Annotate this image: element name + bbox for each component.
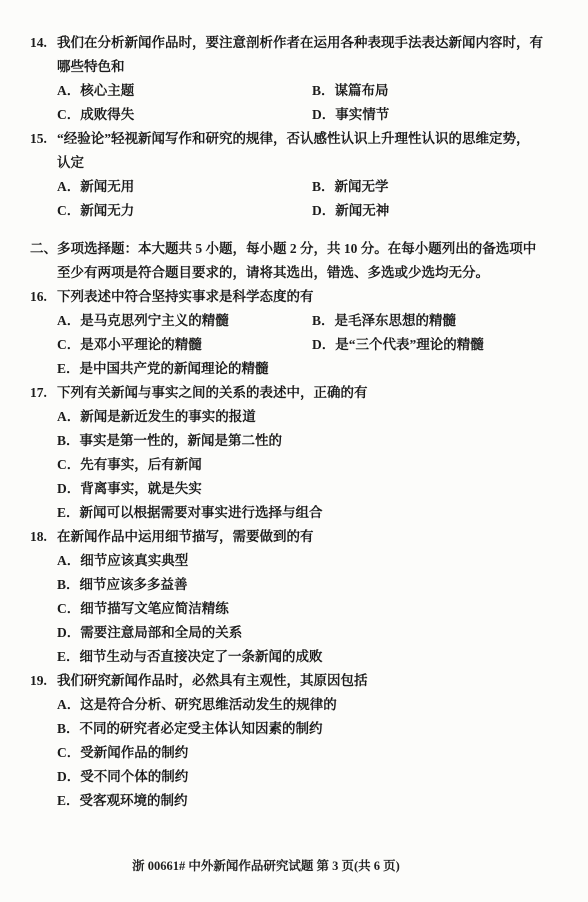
section-number: 二、	[30, 237, 57, 261]
option-indent	[30, 621, 57, 645]
question-stem-line: 16.下列表述中符合坚持实事求是科学态度的有	[30, 285, 562, 309]
option-indent	[30, 477, 57, 501]
question-number: 14.	[30, 31, 57, 55]
question-number	[30, 55, 57, 79]
option-indent	[30, 333, 57, 357]
option-indent	[30, 79, 57, 103]
option-B: B．不同的研究者必定受主体认知因素的制约	[57, 717, 323, 741]
section-heading-multiple-choice: 二、多项选择题：本大题共 5 小题，每小题 2 分，共 10 分。在每小题列出的…	[30, 237, 562, 285]
question-stem-text: 我们在分析新闻作品时，要注意剖析作者在运用各种表现手法表达新闻内容时，有	[57, 31, 543, 55]
option-B: B．是毛泽东思想的精髓	[312, 309, 456, 333]
option-indent	[30, 357, 57, 381]
option-D: D．事实情节	[312, 103, 389, 127]
question-stem-text: 在新闻作品中运用细节描写，需要做到的有	[57, 525, 314, 549]
option-indent	[30, 573, 57, 597]
question-number: 17.	[30, 381, 57, 405]
options-row: A．新闻是新近发生的事实的报道	[30, 405, 562, 429]
option-indent	[30, 429, 57, 453]
options-row: A．核心主题B．谋篇布局	[30, 79, 562, 103]
options-row: C．先有事实，后有新闻	[30, 453, 562, 477]
question-19: 19.我们研究新闻作品时，必然具有主观性，其原因包括A．这是符合分析、研究思维活…	[30, 669, 562, 813]
option-indent	[30, 597, 57, 621]
option-D: D．新闻无神	[312, 199, 389, 223]
option-A: A．新闻无用	[57, 175, 312, 199]
option-indent	[30, 405, 57, 429]
options-row: E．是中国共产党的新闻理论的精髓	[30, 357, 562, 381]
question-number: 15.	[30, 127, 57, 151]
option-A: A．核心主题	[57, 79, 312, 103]
option-E: E．是中国共产党的新闻理论的精髓	[57, 357, 269, 381]
question-15: 15.“经验论”轻视新闻写作和研究的规律，否认感性认识上升理性认识的思维定势，认…	[30, 127, 562, 223]
section-text: 至少有两项是符合题目要求的，请将其选出，错选、多选或少选均无分。	[57, 261, 489, 285]
question-18: 18.在新闻作品中运用细节描写，需要做到的有A．细节应该真实典型B．细节应该多多…	[30, 525, 562, 669]
option-indent	[30, 645, 57, 669]
options-row: A．是马克思列宁主义的精髓B．是毛泽东思想的精髓	[30, 309, 562, 333]
option-A: A．细节应该真实典型	[57, 549, 188, 573]
options-row: D．背离事实，就是失实	[30, 477, 562, 501]
questions-area: 14.我们在分析新闻作品时，要注意剖析作者在运用各种表现手法表达新闻内容时，有哪…	[30, 31, 562, 813]
question-stem-line: 17.下列有关新闻与事实之间的关系的表述中，正确的有	[30, 381, 562, 405]
question-number: 16.	[30, 285, 57, 309]
question-stem-line: 18.在新闻作品中运用细节描写，需要做到的有	[30, 525, 562, 549]
options-row: A．细节应该真实典型	[30, 549, 562, 573]
question-stem-text: 下列有关新闻与事实之间的关系的表述中，正确的有	[57, 381, 368, 405]
exam-paper-page: 14.我们在分析新闻作品时，要注意剖析作者在运用各种表现手法表达新闻内容时，有哪…	[0, 0, 588, 902]
options-row: B．细节应该多多益善	[30, 573, 562, 597]
option-indent	[30, 741, 57, 765]
options-row: C．受新闻作品的制约	[30, 741, 562, 765]
option-D: D．受不同个体的制约	[57, 765, 188, 789]
options-row: D．需要注意局部和全局的关系	[30, 621, 562, 645]
option-D: D．需要注意局部和全局的关系	[57, 621, 242, 645]
question-stem-line: 哪些特色和	[30, 55, 562, 79]
option-indent	[30, 309, 57, 333]
section-number	[30, 261, 57, 285]
option-C: C．先有事实，后有新闻	[57, 453, 202, 477]
question-stem-text: 哪些特色和	[57, 55, 125, 79]
option-indent	[30, 789, 57, 813]
option-D: D．是“三个代表”理论的精髓	[312, 333, 484, 357]
options-row: B．事实是第一性的，新闻是第二性的	[30, 429, 562, 453]
question-14: 14.我们在分析新闻作品时，要注意剖析作者在运用各种表现手法表达新闻内容时，有哪…	[30, 31, 562, 127]
option-E: E．新闻可以根据需要对事实进行选择与组合	[57, 501, 323, 525]
options-row: A．新闻无用B．新闻无学	[30, 175, 562, 199]
options-row: E．受客观环境的制约	[30, 789, 562, 813]
question-17: 17.下列有关新闻与事实之间的关系的表述中，正确的有A．新闻是新近发生的事实的报…	[30, 381, 562, 525]
option-C: C．新闻无力	[57, 199, 312, 223]
option-indent	[30, 199, 57, 223]
option-B: B．细节应该多多益善	[57, 573, 188, 597]
option-indent	[30, 175, 57, 199]
option-C: C．是邓小平理论的精髓	[57, 333, 312, 357]
question-number	[30, 151, 57, 175]
question-stem-text: “经验论”轻视新闻写作和研究的规律，否认感性认识上升理性认识的思维定势，	[57, 127, 530, 151]
section-line: 至少有两项是符合题目要求的，请将其选出，错选、多选或少选均无分。	[30, 261, 562, 285]
question-stem-text: 我们研究新闻作品时，必然具有主观性，其原因包括	[57, 669, 368, 693]
question-stem-text: 认定	[57, 151, 84, 175]
option-indent	[30, 549, 57, 573]
option-B: B．新闻无学	[312, 175, 389, 199]
question-stem-line: 15.“经验论”轻视新闻写作和研究的规律，否认感性认识上升理性认识的思维定势，	[30, 127, 562, 151]
question-stem-text: 下列表述中符合坚持实事求是科学态度的有	[57, 285, 314, 309]
question-stem-line: 19.我们研究新闻作品时，必然具有主观性，其原因包括	[30, 669, 562, 693]
option-C: C．受新闻作品的制约	[57, 741, 188, 765]
option-D: D．背离事实，就是失实	[57, 477, 202, 501]
options-row: C．是邓小平理论的精髓D．是“三个代表”理论的精髓	[30, 333, 562, 357]
options-row: E．细节生动与否直接决定了一条新闻的成败	[30, 645, 562, 669]
option-A: A．是马克思列宁主义的精髓	[57, 309, 312, 333]
page-footer: 浙 00661# 中外新闻作品研究试题 第 3 页(共 6 页)	[0, 854, 532, 878]
option-E: E．受客观环境的制约	[57, 789, 188, 813]
option-indent	[30, 765, 57, 789]
option-indent	[30, 693, 57, 717]
question-number: 19.	[30, 669, 57, 693]
options-row: C．成败得失D．事实情节	[30, 103, 562, 127]
option-B: B．事实是第一性的，新闻是第二性的	[57, 429, 282, 453]
option-indent	[30, 103, 57, 127]
option-indent	[30, 717, 57, 741]
option-E: E．细节生动与否直接决定了一条新闻的成败	[57, 645, 323, 669]
option-A: A．新闻是新近发生的事实的报道	[57, 405, 256, 429]
question-stem-line: 14.我们在分析新闻作品时，要注意剖析作者在运用各种表现手法表达新闻内容时，有	[30, 31, 562, 55]
option-indent	[30, 453, 57, 477]
question-number: 18.	[30, 525, 57, 549]
option-B: B．谋篇布局	[312, 79, 389, 103]
options-row: D．受不同个体的制约	[30, 765, 562, 789]
section-line: 二、多项选择题：本大题共 5 小题，每小题 2 分，共 10 分。在每小题列出的…	[30, 237, 562, 261]
options-row: A．这是符合分析、研究思维活动发生的规律的	[30, 693, 562, 717]
option-indent	[30, 501, 57, 525]
options-row: C．新闻无力D．新闻无神	[30, 199, 562, 223]
option-C: C．成败得失	[57, 103, 312, 127]
option-C: C．细节描写文笔应简洁精练	[57, 597, 229, 621]
question-16: 16.下列表述中符合坚持实事求是科学态度的有A．是马克思列宁主义的精髓B．是毛泽…	[30, 285, 562, 381]
option-A: A．这是符合分析、研究思维活动发生的规律的	[57, 693, 337, 717]
options-row: B．不同的研究者必定受主体认知因素的制约	[30, 717, 562, 741]
section-text: 多项选择题：本大题共 5 小题，每小题 2 分，共 10 分。在每小题列出的备选…	[57, 237, 536, 261]
options-row: C．细节描写文笔应简洁精练	[30, 597, 562, 621]
options-row: E．新闻可以根据需要对事实进行选择与组合	[30, 501, 562, 525]
question-stem-line: 认定	[30, 151, 562, 175]
